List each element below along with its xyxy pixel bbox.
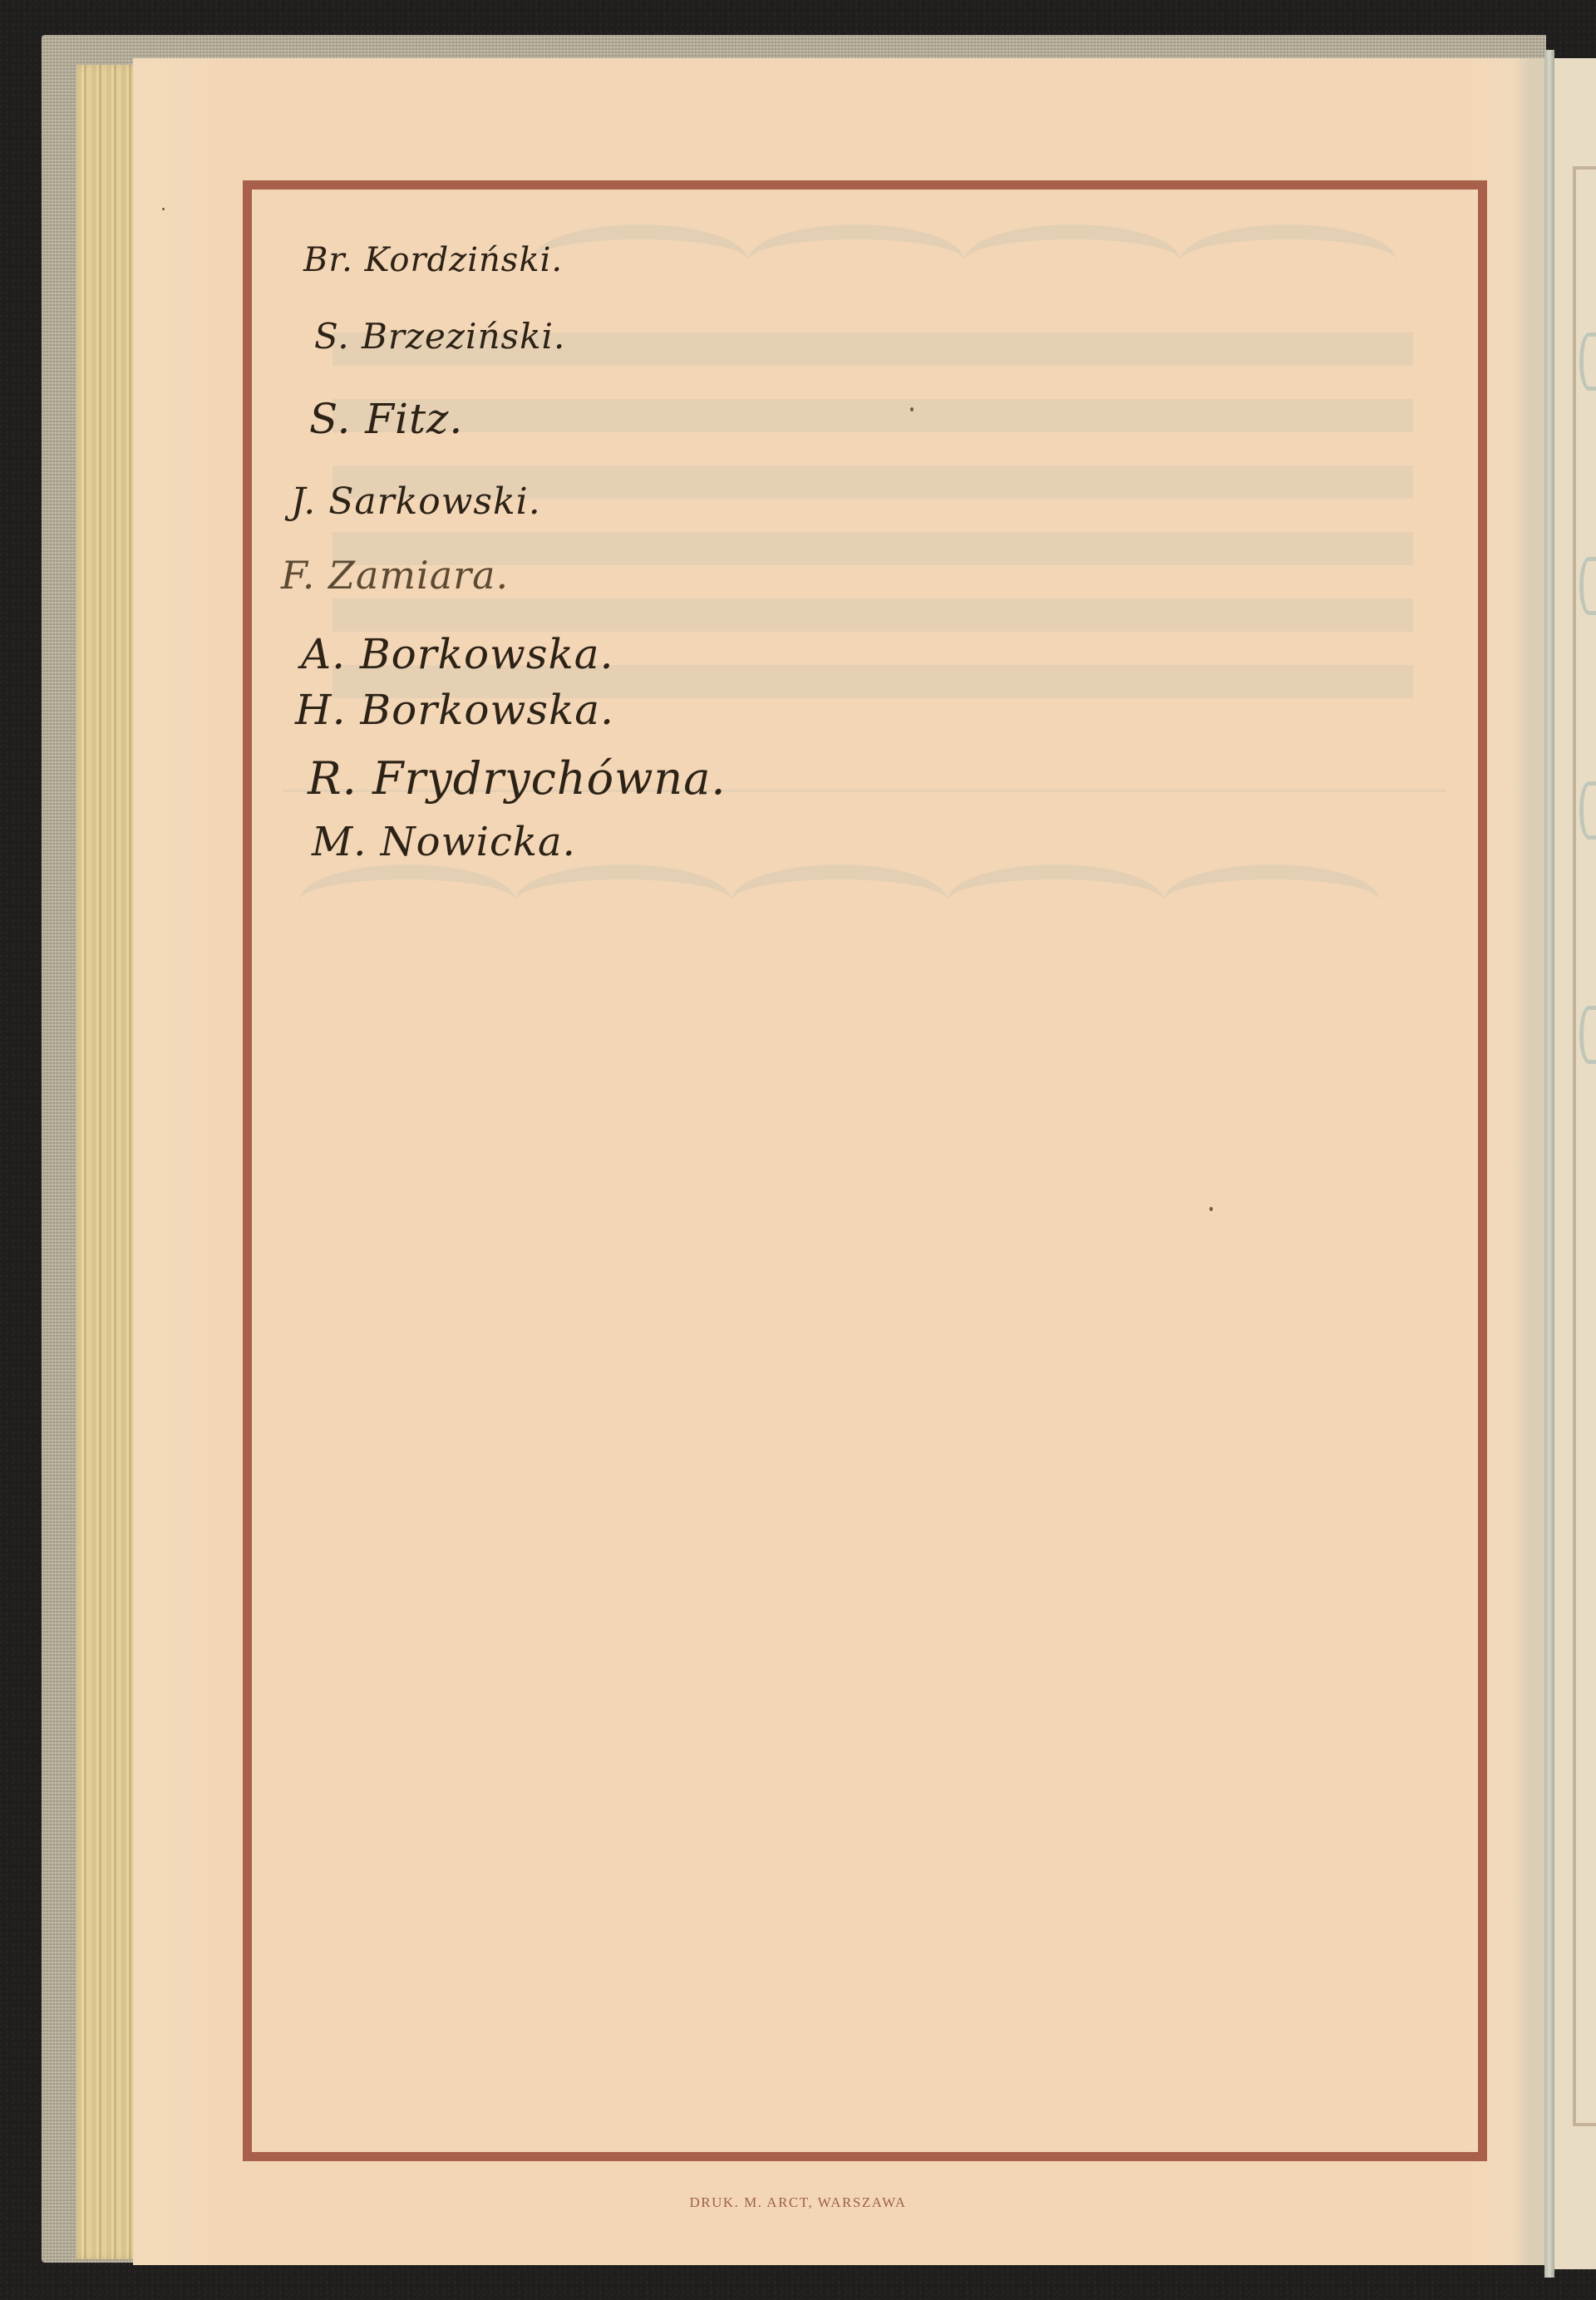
signature: A. Borkowska. bbox=[301, 630, 614, 678]
printer-imprint: DRUK. M. ARCT, WARSZAWA bbox=[0, 2194, 1596, 2211]
paper-speck bbox=[162, 208, 165, 210]
signature: S. Brzeziński. bbox=[314, 316, 565, 357]
signature: S. Fitz. bbox=[309, 395, 463, 443]
paper-speck bbox=[910, 407, 914, 411]
signature: M. Nowicka. bbox=[312, 819, 576, 865]
paper-speck bbox=[1209, 1207, 1213, 1211]
signature: J. Sarkowski. bbox=[291, 480, 541, 523]
signature: F. Zamiara. bbox=[281, 553, 509, 598]
signature: H. Borkowska. bbox=[295, 686, 614, 734]
signature: R. Frydrychówna. bbox=[308, 752, 727, 805]
signature-list: Br. Kordziński. S. Brzeziński. S. Fitz. … bbox=[0, 0, 1596, 2300]
signature: Br. Kordziński. bbox=[303, 241, 563, 279]
